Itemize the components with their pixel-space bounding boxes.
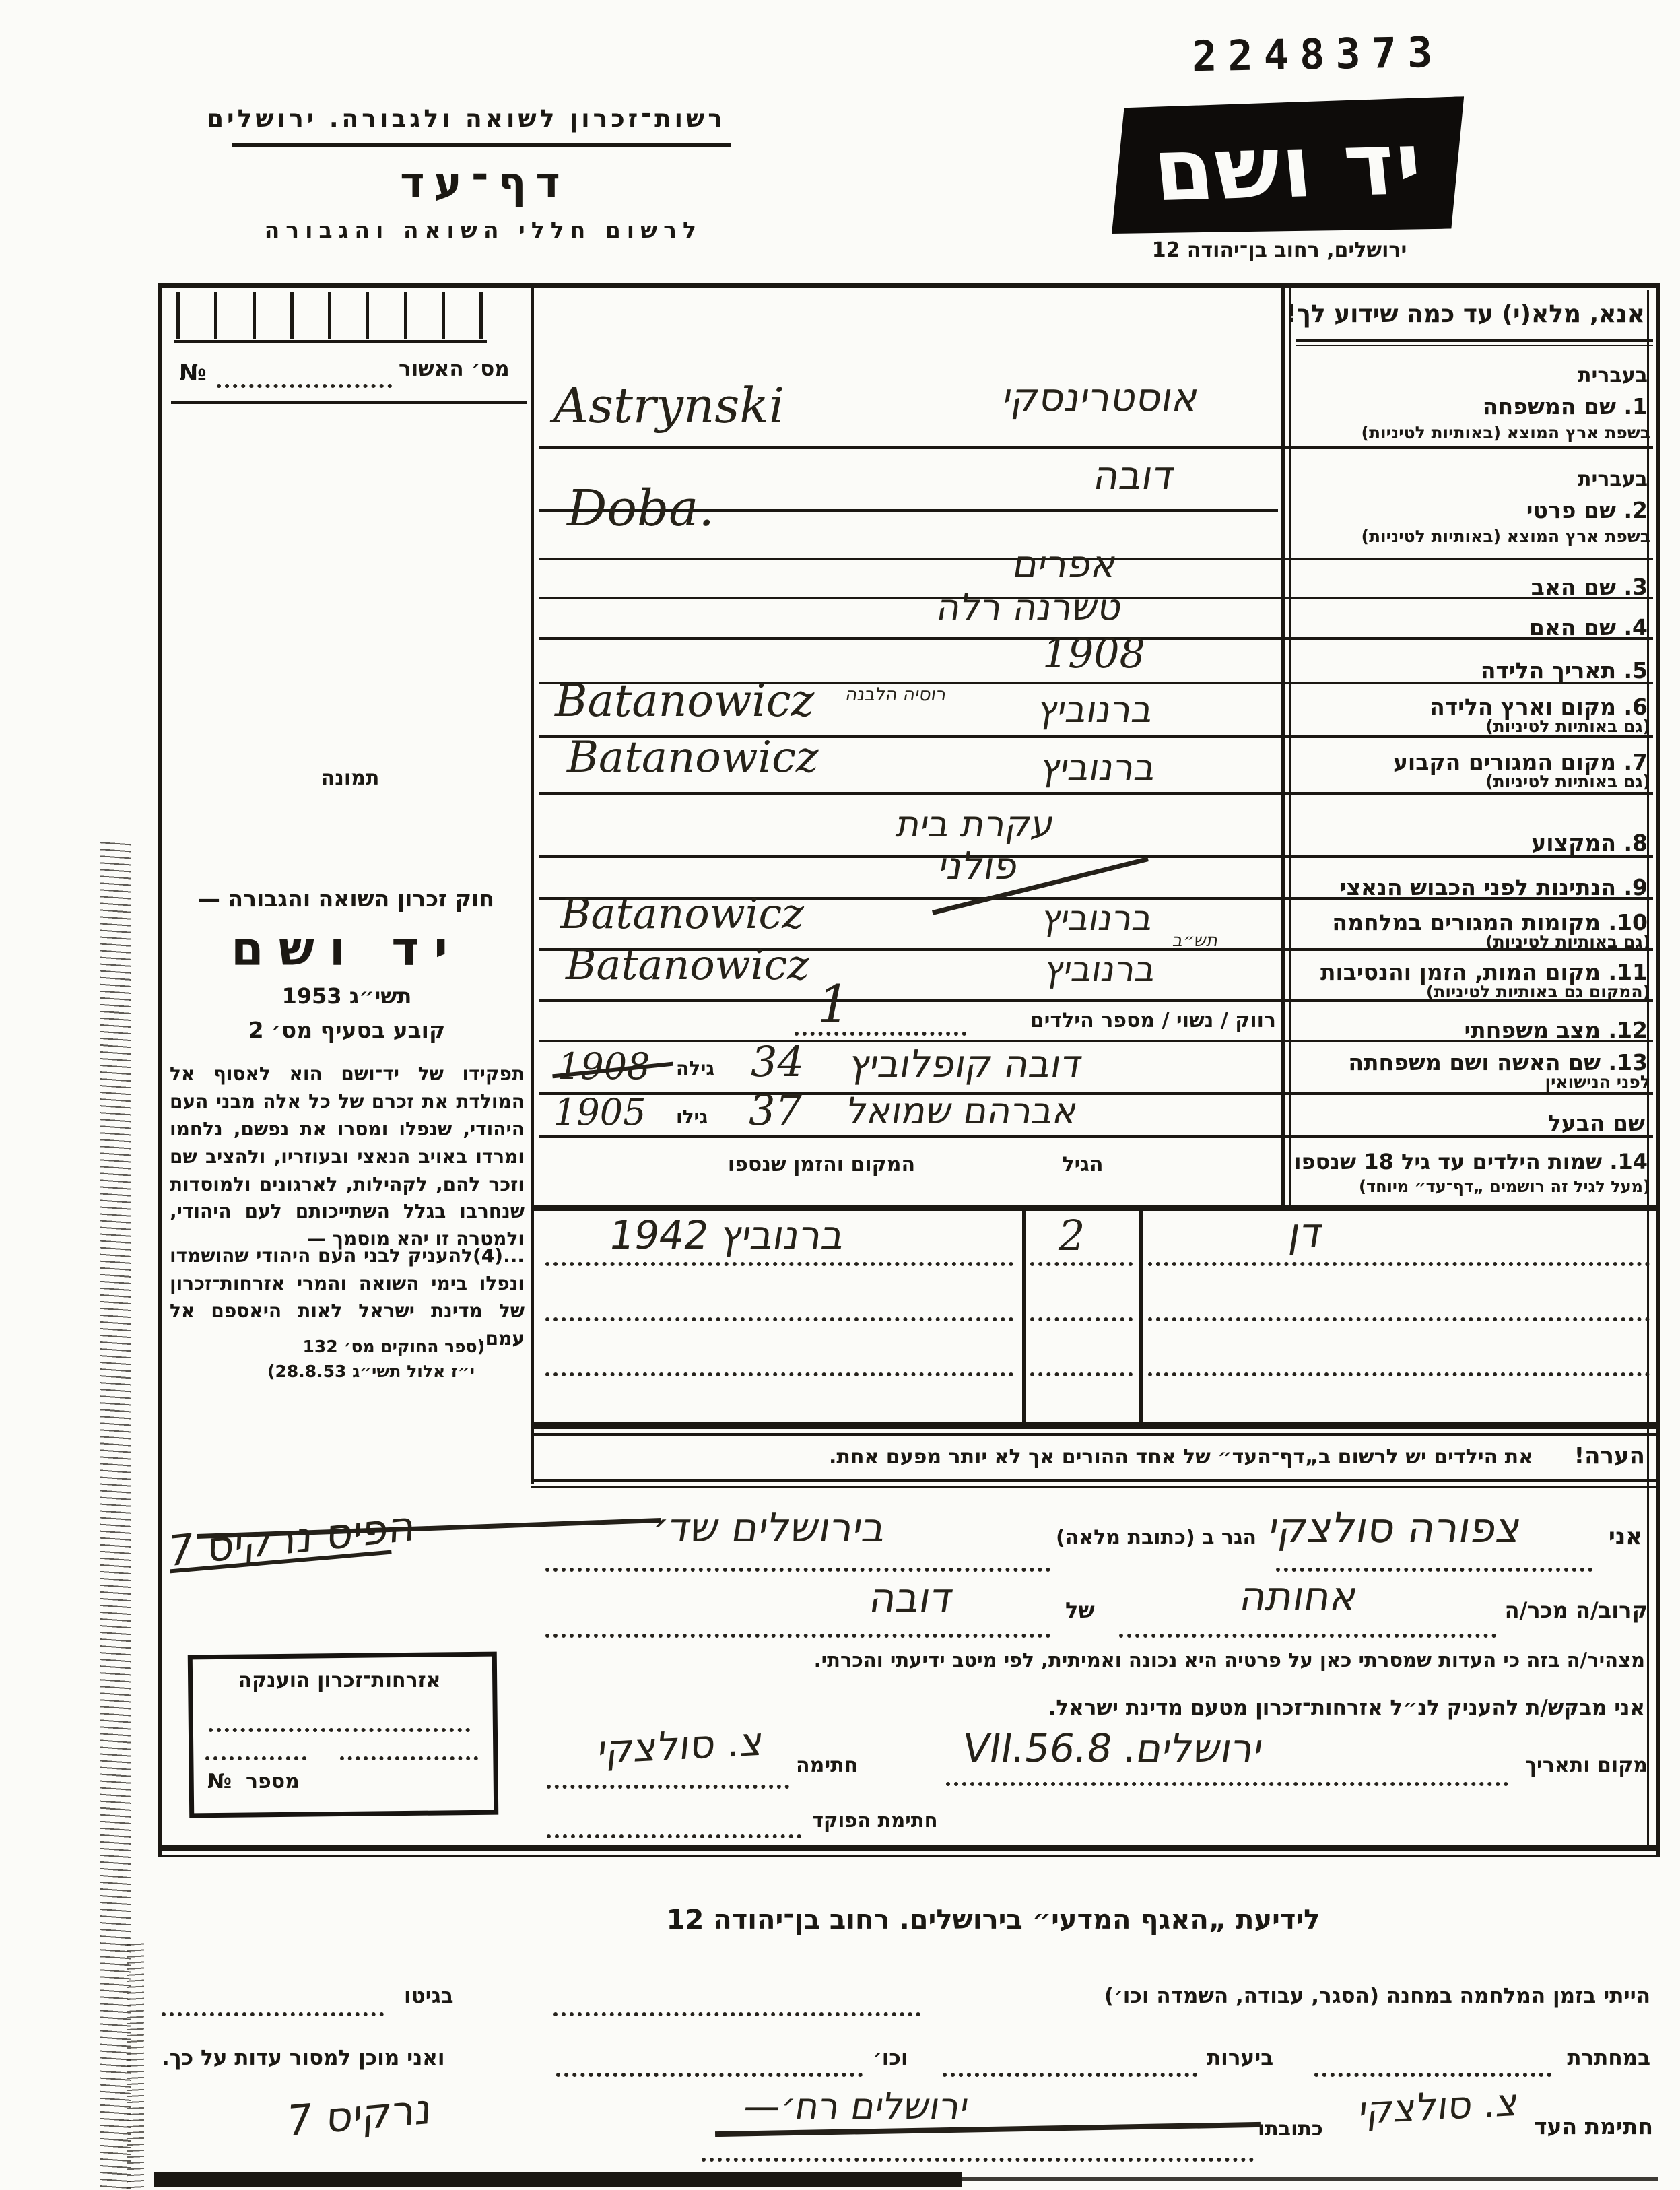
decl-resides-label: הגר ב (כתובת מלאה)	[1056, 1526, 1256, 1550]
grant-number-sign: №	[207, 1770, 232, 1793]
fill-in-intro: אנא, מלא(י) עד כמה שידוע לך!	[1286, 300, 1645, 328]
decl-signature-label: חתימה	[796, 1754, 858, 1777]
handwriting-birth-country-note: רוסיה הלבנה	[844, 684, 948, 705]
note-rule	[531, 1479, 1660, 1482]
field-14-text: שמות הילדים עד גיל 18 שנספו	[1294, 1149, 1603, 1174]
table-row1-place-line	[545, 1262, 1013, 1266]
header-rule	[232, 143, 731, 147]
field-5-label: .5 תאריך הלידה	[1481, 657, 1648, 684]
decl-place-date-label: מקום ותאריך	[1525, 1754, 1648, 1777]
forests-dots	[943, 2073, 1197, 2077]
certificate-number-sign: №	[179, 360, 207, 387]
stamp-address: ירושלים, רחוב בן־יהודה 12	[1108, 238, 1451, 262]
handwriting-husband-year: 1905	[553, 1091, 646, 1133]
yad-vashem-stamp-text: יד ושם	[1149, 113, 1427, 220]
ticks-baseline	[174, 340, 487, 343]
etc-dots	[556, 2073, 863, 2077]
handwriting-war-residence-latin: Batanowicz	[560, 889, 804, 938]
column-divider-right-inner	[1289, 286, 1291, 1207]
table-row2-name-line	[1148, 1317, 1650, 1321]
form-border-top	[158, 283, 1660, 288]
row-line-13	[539, 1092, 1653, 1095]
field-14-label: .14 שמות הילדים עד גיל 18 שנספו	[1294, 1149, 1648, 1174]
row-line-11	[539, 999, 1653, 1002]
tick-mark	[176, 292, 180, 339]
wife-age-label: גילה	[676, 1057, 714, 1080]
handwriting-birth-place-hebrew: ברנוביץ	[1035, 688, 1156, 731]
grant-box-title: אזרחות־זכרון הוענקה	[202, 1669, 477, 1692]
table-row2-age-line	[1030, 1317, 1133, 1321]
handwriting-death-note: תש״ב	[1172, 931, 1220, 951]
grant-box-line2a	[205, 1756, 306, 1760]
tick-mark	[366, 292, 369, 339]
official-signature-label: חתימת הפוקד	[812, 1809, 938, 1832]
form-border-bottom	[158, 1845, 1660, 1851]
grant-number-word: מספר	[246, 1770, 300, 1793]
handwriting-father-name: אפרים	[1010, 543, 1120, 587]
grant-box-number-label: מספר №	[207, 1770, 300, 1793]
form-subtitle: לרשום חללי השואה והגבורה	[268, 217, 702, 243]
law-section: קובע בסעיף מס׳ 2	[199, 1017, 495, 1043]
certificate-number-label: מס׳ האשור	[399, 357, 510, 381]
table-vline-2	[1139, 1205, 1143, 1428]
law-heading: חוק זכרון השואה והגבורה —	[168, 886, 524, 912]
ghetto-label: בגיטו	[404, 1984, 454, 2008]
note-rule2	[531, 1486, 1660, 1488]
witness-signature-label: חתימת העד	[1534, 2113, 1653, 2139]
yad-vashem-stamp: יד ושם	[1112, 96, 1464, 238]
tick-mark	[404, 292, 407, 339]
form-border-bottom2	[158, 1855, 1660, 1857]
field-1-label: .1 שם המשפחה	[1483, 393, 1648, 420]
etc-label: וכו׳	[873, 2046, 908, 2070]
row-line-7	[539, 792, 1653, 795]
handwriting-war-residence-hebrew: ברנוביץ	[1039, 898, 1156, 939]
bottom-scan-bar	[154, 2172, 962, 2187]
tick-mark	[442, 292, 445, 339]
handwriting-wife-age: 34	[751, 1037, 804, 1086]
authority-header: רשות־זכרון לשואה ולגבורה. ירושלים	[234, 105, 726, 133]
field-8-label: .8 המקצוע	[1531, 830, 1648, 856]
field-2-text: שם פרטי	[1526, 497, 1616, 523]
bottom-scan-bar2	[962, 2177, 1658, 2181]
decl-statement: מצהיר/ה בזה כי העדות שמסרתי כאן על פרטיה…	[814, 1649, 1645, 1671]
handwriting-residence-hebrew: ברנוביץ	[1038, 746, 1159, 789]
law-yad-vashem: יד ושם	[217, 921, 477, 976]
decl-line1a	[545, 1568, 1050, 1572]
certificate-number-line	[217, 384, 392, 388]
field-2-label: .2 שם פרטי	[1526, 497, 1648, 523]
handwriting-birth-year: 1908	[1042, 630, 1145, 677]
form-title: דף־עד	[387, 158, 582, 207]
decl-of-label: של	[1065, 1597, 1095, 1623]
handwriting-wife-name: דובה קופלוביץ	[846, 1042, 1085, 1086]
column-divider-left	[531, 283, 534, 1484]
serial-number-stamp: 2248373	[1191, 28, 1444, 81]
certificate-row-line	[171, 401, 527, 404]
declaration-i-label: אני	[1609, 1523, 1642, 1550]
testimony-page-scan: 2248373 רשות־זכרון לשואה ולגבורה. ירושלי…	[0, 0, 1680, 2190]
form-border-right	[1656, 283, 1660, 1856]
handwriting-witness-signature2: צ. סולצקי	[1357, 2081, 1521, 2133]
grant-box-line1	[209, 1728, 470, 1732]
children-place-header: המקום והזמן שנספו	[633, 1153, 1010, 1176]
law-year: תשי״ג 1953	[217, 983, 477, 1009]
row-line-husband	[539, 1135, 1653, 1138]
field-13-sublabel: לפני הנישואין	[1545, 1072, 1650, 1092]
form-border-left	[158, 283, 162, 1856]
official-signature-line	[547, 1834, 801, 1838]
law-body-2: ...(4)להעניק לבני העם היהודי שהושמדו ונפ…	[170, 1242, 525, 1353]
handwriting-witness-address-struck: ירושלים רח׳—	[741, 2085, 972, 2127]
law-body: תפקידו של יד־ושם הוא לאסוף אל המולדת את …	[170, 1061, 525, 1253]
scan-noise-strip-2	[127, 1939, 144, 2190]
handwriting-first-name-latin: Doba.	[567, 479, 714, 537]
field-5-text: תאריך הלידה	[1481, 657, 1616, 684]
decl-line1b	[1276, 1568, 1592, 1572]
handwriting-family-name-hebrew: אוסטרינסקי	[1000, 374, 1203, 420]
tick-mark	[328, 292, 331, 339]
handwriting-husband-name: אברהם שמואל	[844, 1090, 1081, 1132]
underground-label: במחתרת	[1567, 2046, 1650, 2070]
science-branch-notice: לידיעת „האגף המדעי״ בירושלים. רחוב בן־יה…	[552, 1904, 1434, 1935]
perforation-ticks	[176, 292, 483, 339]
camp-line-dots	[553, 2012, 920, 2016]
handwriting-husband-age: 37	[749, 1086, 802, 1135]
tick-mark	[214, 292, 217, 339]
field-1-text: שם המשפחה	[1483, 393, 1616, 420]
field-5-number: .5	[1624, 657, 1648, 684]
handwriting-place-date: ירושלים. 8.VII.56	[960, 1725, 1267, 1771]
table-row2-place-line	[545, 1317, 1013, 1321]
row-line-12	[539, 1040, 1653, 1042]
ghetto-dots	[162, 2012, 384, 2016]
forests-label: ביערות	[1207, 2046, 1273, 2070]
handwriting-child-place: ברנוביץ 1942	[606, 1212, 848, 1258]
field-6-sublabel: (גם באותיות לטיניות)	[1485, 717, 1650, 736]
handwriting-profession: עקרת בית	[894, 803, 1058, 845]
handwriting-related-to: דובה	[866, 1574, 956, 1622]
decl-signature-line	[547, 1785, 789, 1789]
field-8-number: .8	[1624, 830, 1648, 856]
handwriting-child-age: 2	[1059, 1211, 1085, 1260]
table-bottom-line2	[531, 1433, 1660, 1436]
handwriting-citizenship: פולני	[936, 844, 1021, 888]
handwriting-death-place-latin: Batanowicz	[566, 940, 809, 989]
decl-relation-label: קרוב/ה מכר/ה	[1505, 1597, 1648, 1623]
witness-address-dots	[702, 2158, 1254, 2162]
field-1-lang-tag: בעברית	[1578, 364, 1648, 387]
field-8-text: המקצוע	[1531, 830, 1616, 856]
grant-box-line2b	[340, 1756, 478, 1760]
note-label: הערה!	[1574, 1442, 1645, 1469]
decl-line2b	[545, 1634, 1050, 1638]
field-14-number: .14	[1609, 1149, 1648, 1174]
field-2-number: .2	[1624, 497, 1648, 523]
handwriting-children-count: 1	[817, 974, 850, 1034]
underground-dots	[1314, 2073, 1551, 2077]
field-11-sublabel: (המקום גם באותיות לטיניות)	[1426, 982, 1650, 1001]
witness-address-label: כתובתו	[1258, 2117, 1323, 2141]
husband-age-label: גילו	[676, 1106, 708, 1128]
table-vline-1	[1022, 1205, 1026, 1428]
handwriting-child-name: דן	[1285, 1209, 1326, 1257]
note-text: את הילדים יש לרשום ב„דף־העד״ של אחד ההור…	[829, 1445, 1533, 1469]
husband-name-label: שם הבעל	[1548, 1110, 1645, 1136]
table-row1-name-line	[1148, 1262, 1650, 1266]
handwriting-witness-address2: נרקיס 7	[285, 2084, 434, 2146]
law-source-2: י״ז אלול תשי״ג 28.8.53)	[192, 1362, 475, 1381]
field-1-sublabel: בשפת ארץ המוצא (באותיות לטיניות)	[1362, 423, 1650, 442]
table-row3-place-line	[545, 1372, 1013, 1376]
intro-underline2	[1296, 345, 1653, 346]
tick-mark	[479, 292, 483, 339]
row-line-1	[539, 446, 1653, 449]
field-2-lang-tag: בעברית	[1578, 467, 1648, 491]
handwriting-relation: אחותה	[1236, 1573, 1361, 1620]
photo-placeholder-label: תמונה	[283, 766, 417, 790]
tick-mark	[290, 292, 294, 339]
tick-mark	[253, 292, 256, 339]
field-2-sublabel: בשפת ארץ המוצא (באותיות לטיניות)	[1362, 527, 1650, 546]
decl-place-date-line	[946, 1782, 1508, 1786]
field-1-number: .1	[1624, 393, 1648, 420]
handwriting-first-name-hebrew: דובה	[1091, 453, 1178, 498]
handwriting-mother-name: טשרנה רלה	[934, 586, 1125, 628]
row-line-8	[539, 855, 1653, 858]
marital-status-options: רווק / נשוי / מספר הילדים	[970, 1009, 1276, 1032]
handwriting-witness-address: בירושלים שד׳	[648, 1504, 889, 1552]
table-row3-age-line	[1030, 1372, 1133, 1376]
handwriting-signature: צ. סולצקי	[596, 1718, 766, 1772]
decl-request: אני מבקש/ת להעניק לנ״ל אזרחות־זכרון מטעם…	[1048, 1696, 1645, 1720]
field-14-sublabel: (מעל לגיל זה רושמים „דף־עד״ מיוחד)	[1359, 1177, 1650, 1196]
handwriting-witness-name: צפורה סולצקי	[1265, 1503, 1525, 1552]
table-bottom-line	[531, 1422, 1660, 1429]
column-divider-right	[1281, 283, 1285, 1207]
children-age-header: הגיל	[1029, 1153, 1137, 1176]
field-7-sublabel: (גם באותיות לטיניות)	[1485, 772, 1650, 791]
table-row3-name-line	[1148, 1372, 1650, 1376]
testify-line: ואני מוכן למסור עדות על כך.	[162, 2046, 445, 2070]
camp-line-label: הייתי בזמן המלחמה במחנה (הסגר, עבודה, הש…	[1104, 1984, 1650, 2008]
handwriting-family-name-latin: Astrynski	[553, 377, 784, 434]
table-top-line	[531, 1205, 1660, 1211]
handwriting-birth-place-latin: Batanowicz	[555, 675, 814, 727]
decl-line2a	[1119, 1634, 1496, 1638]
intro-underline	[1296, 339, 1653, 342]
law-source-1: (ספר החוקים מס׳ 132	[202, 1337, 485, 1356]
table-row1-age-line	[1030, 1262, 1133, 1266]
handwriting-residence-latin: Batanowicz	[567, 733, 819, 783]
handwriting-death-place-hebrew: ברנוביץ	[1042, 950, 1159, 990]
